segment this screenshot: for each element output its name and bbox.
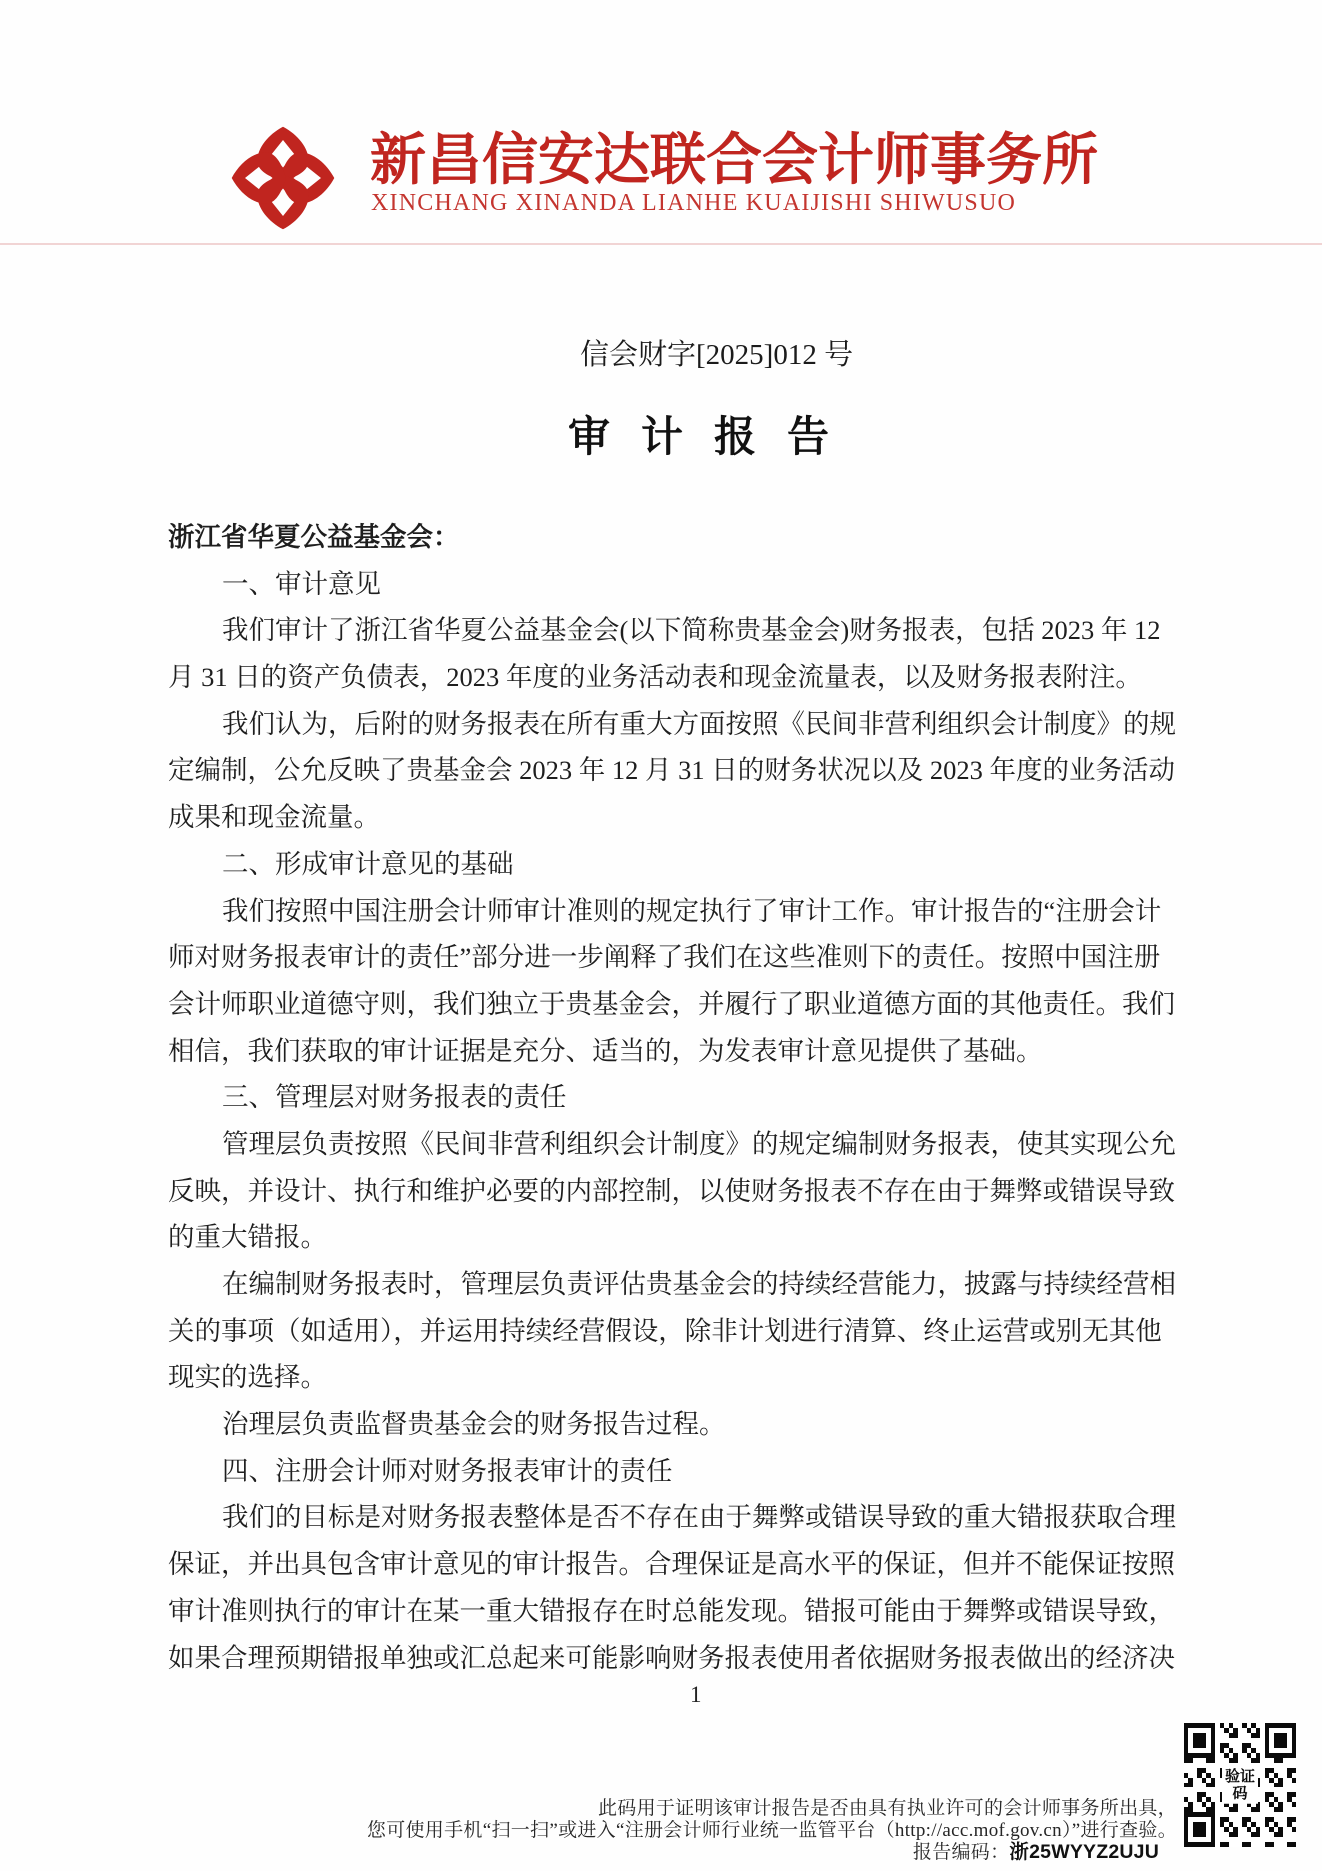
body-line: 我们的目标是对财务报表整体是否不存在由于舞弊或错误导致的重大错报获取合理 [168, 1494, 1168, 1541]
body-line: 的重大错报。 [168, 1214, 1168, 1261]
body-line: 审计准则执行的审计在某一重大错报存在时总能发现。错报可能由于舞弊或错误导致， [168, 1588, 1168, 1635]
body-line: 如果合理预期错报单独或汇总起来可能影响财务报表使用者依据财务报表做出的经济决 [168, 1635, 1168, 1682]
body-line: 我们认为，后附的财务报表在所有重大方面按照《民间非营利组织会计制度》的规 [168, 701, 1168, 748]
body-line: 治理层负责监督贵基金会的财务报告过程。 [168, 1401, 1168, 1448]
body-line: 二、形成审计意见的基础 [168, 841, 1168, 888]
report-title: 审计报告 [568, 404, 860, 464]
document-reference-number: 信会财字[2025]012 号 [580, 332, 853, 373]
body-line: 定编制，公允反映了贵基金会 2023 年 12 月 31 日的财务状况以及 20… [168, 747, 1168, 794]
body-line: 管理层负责按照《民间非营利组织会计制度》的规定编制财务报表，使其实现公允 [168, 1121, 1168, 1168]
letterhead-divider [0, 243, 1322, 245]
body-line: 在编制财务报表时，管理层负责评估贵基金会的持续经营能力，披露与持续经营相 [168, 1261, 1168, 1308]
body-line: 师对财务报表审计的责任”部分进一步阐释了我们在这些准则下的责任。按照中国注册 [168, 934, 1168, 981]
body-line: 月 31 日的资产负债表，2023 年度的业务活动表和现金流量表，以及财务报表附… [168, 654, 1168, 701]
body-line: 我们审计了浙江省华夏公益基金会(以下简称贵基金会)财务报表，包括 2023 年 … [168, 607, 1168, 654]
accounting-firm-logo-icon [226, 118, 340, 238]
page-number: 1 [690, 1682, 702, 1708]
body-line: 浙江省华夏公益基金会： [168, 514, 1168, 561]
body-line: 四、注册会计师对财务报表审计的责任 [168, 1448, 1168, 1495]
body-line: 反映，并设计、执行和维护必要的内部控制，以使财务报表不存在由于舞弊或错误导致 [168, 1168, 1168, 1215]
footer-report-code: 报告编码：浙25WYYZ2UJU [913, 1836, 1159, 1864]
body-line: 我们按照中国注册会计师审计准则的规定执行了审计工作。审计报告的“注册会计 [168, 888, 1168, 935]
firm-name-chinese: 新昌信安达联合会计师事务所 [370, 116, 1130, 196]
report-body: 浙江省华夏公益基金会：一、审计意见我们审计了浙江省华夏公益基金会(以下简称贵基金… [168, 514, 1168, 1681]
report-code-value: 浙25WYYZ2UJU [1009, 1841, 1159, 1863]
body-line: 一、审计意见 [168, 561, 1168, 608]
body-line: 保证，并出具包含审计意见的审计报告。合理保证是高水平的保证，但并不能保证按照 [168, 1541, 1168, 1588]
firm-name-pinyin: XINCHANG XINANDA LIANHE KUAIJISHI SHIWUS… [371, 190, 1151, 217]
body-line: 关的事项（如适用），并运用持续经营假设，除非计划进行清算、终止运营或别无其他 [168, 1308, 1168, 1355]
body-line: 三、管理层对财务报表的责任 [168, 1074, 1168, 1121]
body-line: 成果和现金流量。 [168, 794, 1168, 841]
report-code-label: 报告编码： [913, 1842, 1010, 1863]
verification-qr-code: 验证码 [1184, 1723, 1296, 1847]
audit-report-page: 新昌信安达联合会计师事务所 XINCHANG XINANDA LIANHE KU… [0, 0, 1322, 1871]
qr-center-label: 验证码 [1222, 1767, 1258, 1804]
body-line: 现实的选择。 [168, 1354, 1168, 1401]
body-line: 会计师职业道德守则，我们独立于贵基金会，并履行了职业道德方面的其他责任。我们 [168, 981, 1168, 1028]
body-line: 相信，我们获取的审计证据是充分、适当的，为发表审计意见提供了基础。 [168, 1028, 1168, 1075]
